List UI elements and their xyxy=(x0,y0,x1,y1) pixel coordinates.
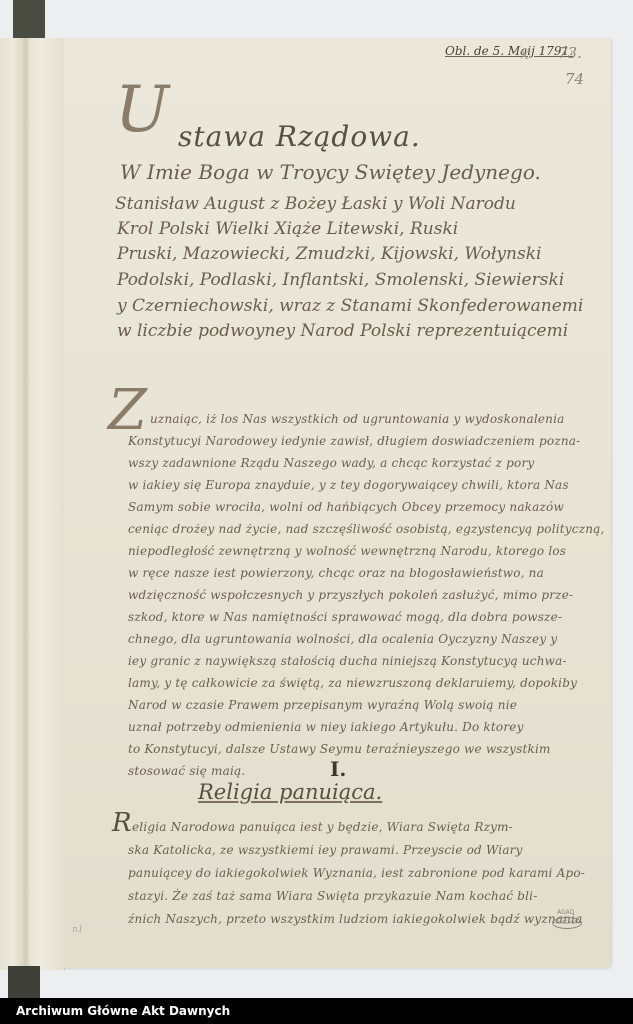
pencil-mark: x xyxy=(520,44,529,63)
intitulatio-line: Stanisław August z Bożey Łaski y Woli Na… xyxy=(115,194,516,214)
preamble-initial: Z xyxy=(108,383,147,439)
footer-bar: Archiwum Główne Akt Dawnych xyxy=(0,998,633,1024)
section-line: źnich Naszych, przeto wszystkim ludziom … xyxy=(128,912,582,926)
archive-stamp-text: WARSZAWA xyxy=(555,920,579,925)
preamble-line: szkod, ktore w Nas namiętności sprawować… xyxy=(128,610,562,624)
preamble-line: Konstytucyi Narodowey iedynie zawisł, dł… xyxy=(128,434,580,448)
invocation: W Imie Boga w Troycy Swiętey Jedynego. xyxy=(120,160,541,184)
preamble-line: ceniąc drożey nad życie, nad szczęśliwoś… xyxy=(128,522,605,536)
section-number: I. xyxy=(330,757,346,781)
date-annotation: Obl. de 5. Maij 1791. xyxy=(445,44,573,58)
preamble-line: uznaiąc, iż los Nas wszystkich od ugrunt… xyxy=(150,412,564,426)
section-title: Religia panuiąca. xyxy=(198,780,382,804)
section-line: ska Katolicka, ze wszystkiemi iey prawam… xyxy=(128,843,523,857)
section-initial: R xyxy=(112,808,132,838)
intitulatio-line: Krol Polski Wielki Xiąże Litewski, Ruski xyxy=(117,219,458,239)
folio-number-second: 74 xyxy=(565,70,584,88)
title-initial: U xyxy=(115,78,169,142)
preamble-line: uznał potrzeby odmienienia w niey iakieg… xyxy=(128,720,524,734)
binding-tab-bottom xyxy=(8,966,40,998)
preamble-line: Narod w czasie Prawem przepisanym wyraźn… xyxy=(128,698,517,712)
preamble-line: wdzięczność wspołczesnych y przyszłych p… xyxy=(128,588,573,602)
preamble-line: Samym sobie wrociła, wolni od hańbiących… xyxy=(128,500,564,514)
intitulatio-line: y Czerniechowski, wraz z Stanami Skonfed… xyxy=(117,296,583,316)
section-line: eligia Narodowa panuiąca iest y będzie, … xyxy=(132,820,513,834)
section-line: stazyi. Że zaś taż sama Wiara Swięta prz… xyxy=(128,889,537,903)
archive-stamp-label: AGAD xyxy=(557,909,574,916)
document-title: stawa Rządowa. xyxy=(178,120,421,153)
binding-spine xyxy=(0,38,65,970)
archive-name: Archiwum Główne Akt Dawnych xyxy=(16,1004,230,1018)
intitulatio-line: Podolski, Podlaski, Inflantski, Smolensk… xyxy=(117,270,564,290)
intitulatio-line: w liczbie podwoyney Narod Polski repreze… xyxy=(117,321,568,341)
preamble-line: w ręce nasze iest powierzony, chcąc oraz… xyxy=(128,566,544,580)
preamble-line: niepodległość zewnętrzną y wolność wewnę… xyxy=(128,544,566,558)
folio-number-top: 73. xyxy=(558,44,582,62)
preamble-line: iey granic z naywiększą stałością ducha … xyxy=(128,654,567,668)
preamble-line: to Konstytucyi, dalsze Ustawy Seymu tera… xyxy=(128,742,551,756)
preamble-line: wszy zadawnione Rządu Naszego wady, a ch… xyxy=(128,456,534,470)
intitulatio-line: Pruski, Mazowiecki, Zmudzki, Kijowski, W… xyxy=(117,244,541,264)
preamble-line: w iakiey się Europa znayduie, y z tey do… xyxy=(128,478,569,492)
preamble-line: stosować się maią. xyxy=(128,764,245,778)
section-line: panuiącey do iakiegokolwiek Wyznania, ie… xyxy=(128,866,585,880)
preamble-line: chnego, dla ugruntowania wolności, dla o… xyxy=(128,632,557,646)
preamble-line: lamy, y tę całkowicie za świętą, za niew… xyxy=(128,676,577,690)
archive-stamp: WARSZAWA xyxy=(552,917,582,929)
pencil-note: n1 xyxy=(72,925,84,935)
